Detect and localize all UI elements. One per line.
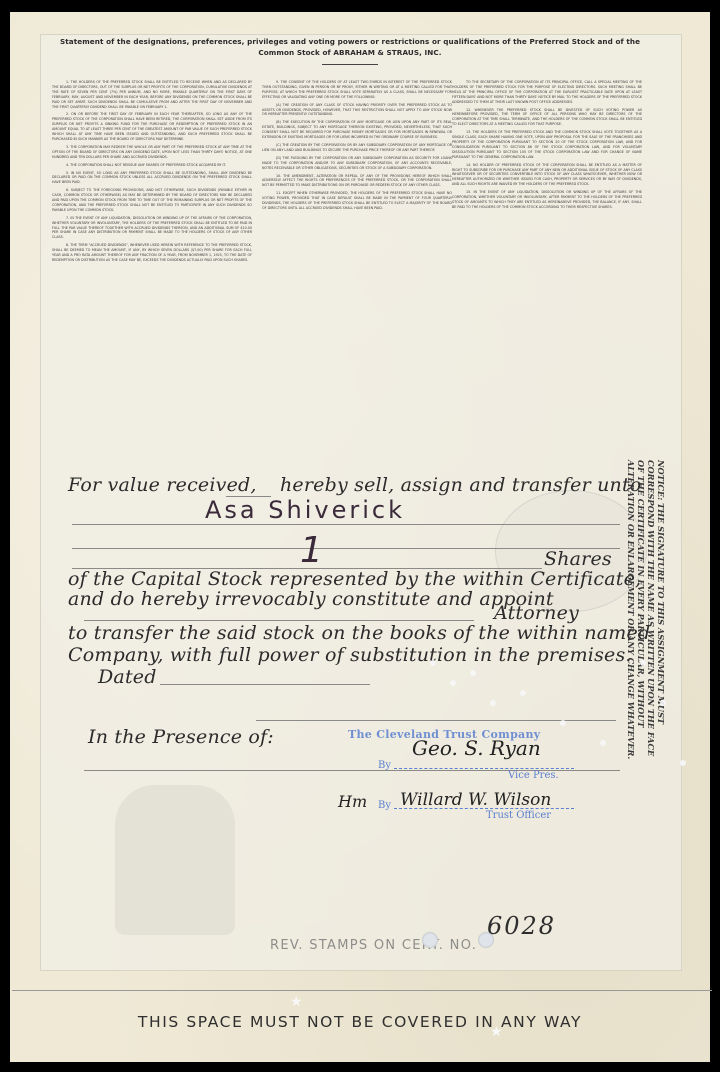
signature-line-1	[394, 768, 574, 769]
punch-hole	[422, 932, 438, 948]
clause: 11. EXCEPT WHEN OTHERWISE PROVIDED, THE …	[262, 191, 452, 211]
perforation-hole	[560, 720, 566, 726]
statement-header: Statement of the designations, preferenc…	[40, 36, 660, 65]
perforation-hole	[680, 760, 686, 766]
clause: (B) THE EXECUTION BY THE CORPORATION OF …	[262, 120, 452, 140]
dated-line[interactable]	[160, 684, 370, 685]
clause: 7. IN THE EVENT OF ANY LIQUIDATION, DISS…	[52, 216, 252, 241]
attorney-label: Attorney	[494, 602, 579, 624]
by-label-1: By	[378, 760, 391, 771]
clause: 4. THE CORPORATION SHALL NOT REISSUE ANY…	[52, 163, 252, 168]
assignee-name[interactable]: Asa Shiverick	[205, 496, 405, 524]
rev-stamps-label: REV. STAMPS ON CERT. NO.	[270, 938, 477, 953]
clause: 2. ON OR BEFORE THE FIRST DAY OF FEBRUAR…	[52, 112, 252, 141]
clause: 3. THE CORPORATION MAY REDEEM THE WHOLE …	[52, 145, 252, 160]
perforation-hole	[600, 740, 606, 746]
punch-hole	[478, 932, 494, 948]
signature-trust-officer: Willard W. Wilson	[400, 790, 551, 810]
clause: 5. IN NO EVENT, SO LONG AS ANY PREFERRED…	[52, 171, 252, 186]
clause: (D) THE PLEDGING BY THE CORPORATION OR A…	[262, 156, 452, 171]
share-count[interactable]: 1	[300, 530, 326, 571]
for-value-received-label: For value received,	[68, 474, 257, 496]
perforation-hole	[450, 680, 456, 686]
clause: 13. THE HOLDERS OF THE PREFERRED STOCK A…	[452, 130, 642, 159]
clause: 9. THE CONSENT OF THE HOLDERS OF AT LEAS…	[262, 80, 452, 100]
clause: 14. NO HOLDER OF PREFERRED STOCK OF THE …	[452, 163, 642, 188]
signature-notice-vertical: NOTICE: THE SIGNATURE TO THIS ASSIGNMENT…	[626, 460, 666, 760]
transfer-label: to transfer the said stock on the books …	[68, 622, 650, 644]
vignette-watermark	[115, 785, 235, 935]
perforation-hole	[520, 690, 526, 696]
clause: 15. IN THE EVENT OF ANY LIQUIDATION, DIS…	[452, 190, 642, 210]
in-presence-of-label: In the Presence of:	[88, 726, 274, 748]
signature-vice-president: Geo. S. Ryan	[412, 736, 541, 760]
company-label: Company, with full power of substitution…	[68, 644, 632, 666]
clause: 8. THE TERM "ACCRUED DIVIDENDS", WHENEVE…	[52, 243, 252, 263]
capital-stock-label: of the Capital Stock represented by the …	[68, 568, 641, 590]
header-rule	[322, 64, 378, 65]
by-label-2: By	[378, 800, 391, 811]
vice-pres-title: Vice Pres.	[508, 770, 559, 781]
fine-print-column-1: 1. THE HOLDERS OF THE PREFERRED STOCK SH…	[52, 80, 252, 460]
certificate-number: 6028	[487, 912, 556, 940]
clause: (A) THE CREATION OF ANY CLASS OF STOCK H…	[262, 103, 452, 118]
shares-label: Shares	[544, 548, 612, 570]
trust-officer-title: Trust Officer	[486, 810, 551, 821]
statement-header-line2: Common Stock of ABRAHAM & STRAUS, INC.	[40, 47, 660, 58]
dated-label: Dated	[98, 666, 157, 688]
sell-assign-transfer-label: hereby sell, assign and transfer unto	[280, 474, 641, 496]
perforation-hole	[430, 660, 436, 666]
clause: 6. SUBJECT TO THE FOREGOING PROVISIONS, …	[52, 188, 252, 213]
clause: 12. WHENEVER THE PREFERRED STOCK SHALL B…	[452, 108, 642, 128]
perforation-hole	[640, 660, 646, 666]
bottom-notice: THIS SPACE MUST NOT BE COVERED IN ANY WA…	[0, 1013, 720, 1031]
clause: 1. THE HOLDERS OF THE PREFERRED STOCK SH…	[52, 80, 252, 109]
bottom-rule	[12, 990, 712, 991]
statement-header-line1: Statement of the designations, preferenc…	[40, 36, 660, 47]
attorney-line[interactable]	[84, 620, 474, 621]
assignee-line-2	[72, 548, 620, 549]
clause: TO THE SECRETARY OF THE CORPORATION AT I…	[452, 80, 642, 105]
witness-initials: Hm	[338, 792, 367, 811]
star-perforation: ★	[290, 994, 303, 1010]
assignee-line-1	[72, 524, 620, 525]
clause: (C) THE CREATION BY THE CORPORATION OR B…	[262, 143, 452, 153]
perforation-hole	[470, 670, 476, 676]
fine-print-column-3: TO THE SECRETARY OF THE CORPORATION AT I…	[452, 80, 642, 470]
appoint-label: and do hereby irrevocably constitute and…	[68, 588, 554, 610]
perforation-hole	[660, 700, 666, 706]
perforation-hole	[490, 700, 496, 706]
fine-print-column-2: 9. THE CONSENT OF THE HOLDERS OF AT LEAS…	[262, 80, 452, 460]
clause: 10. THE AMENDMENT, ALTERATION OR REPEAL …	[262, 174, 452, 189]
